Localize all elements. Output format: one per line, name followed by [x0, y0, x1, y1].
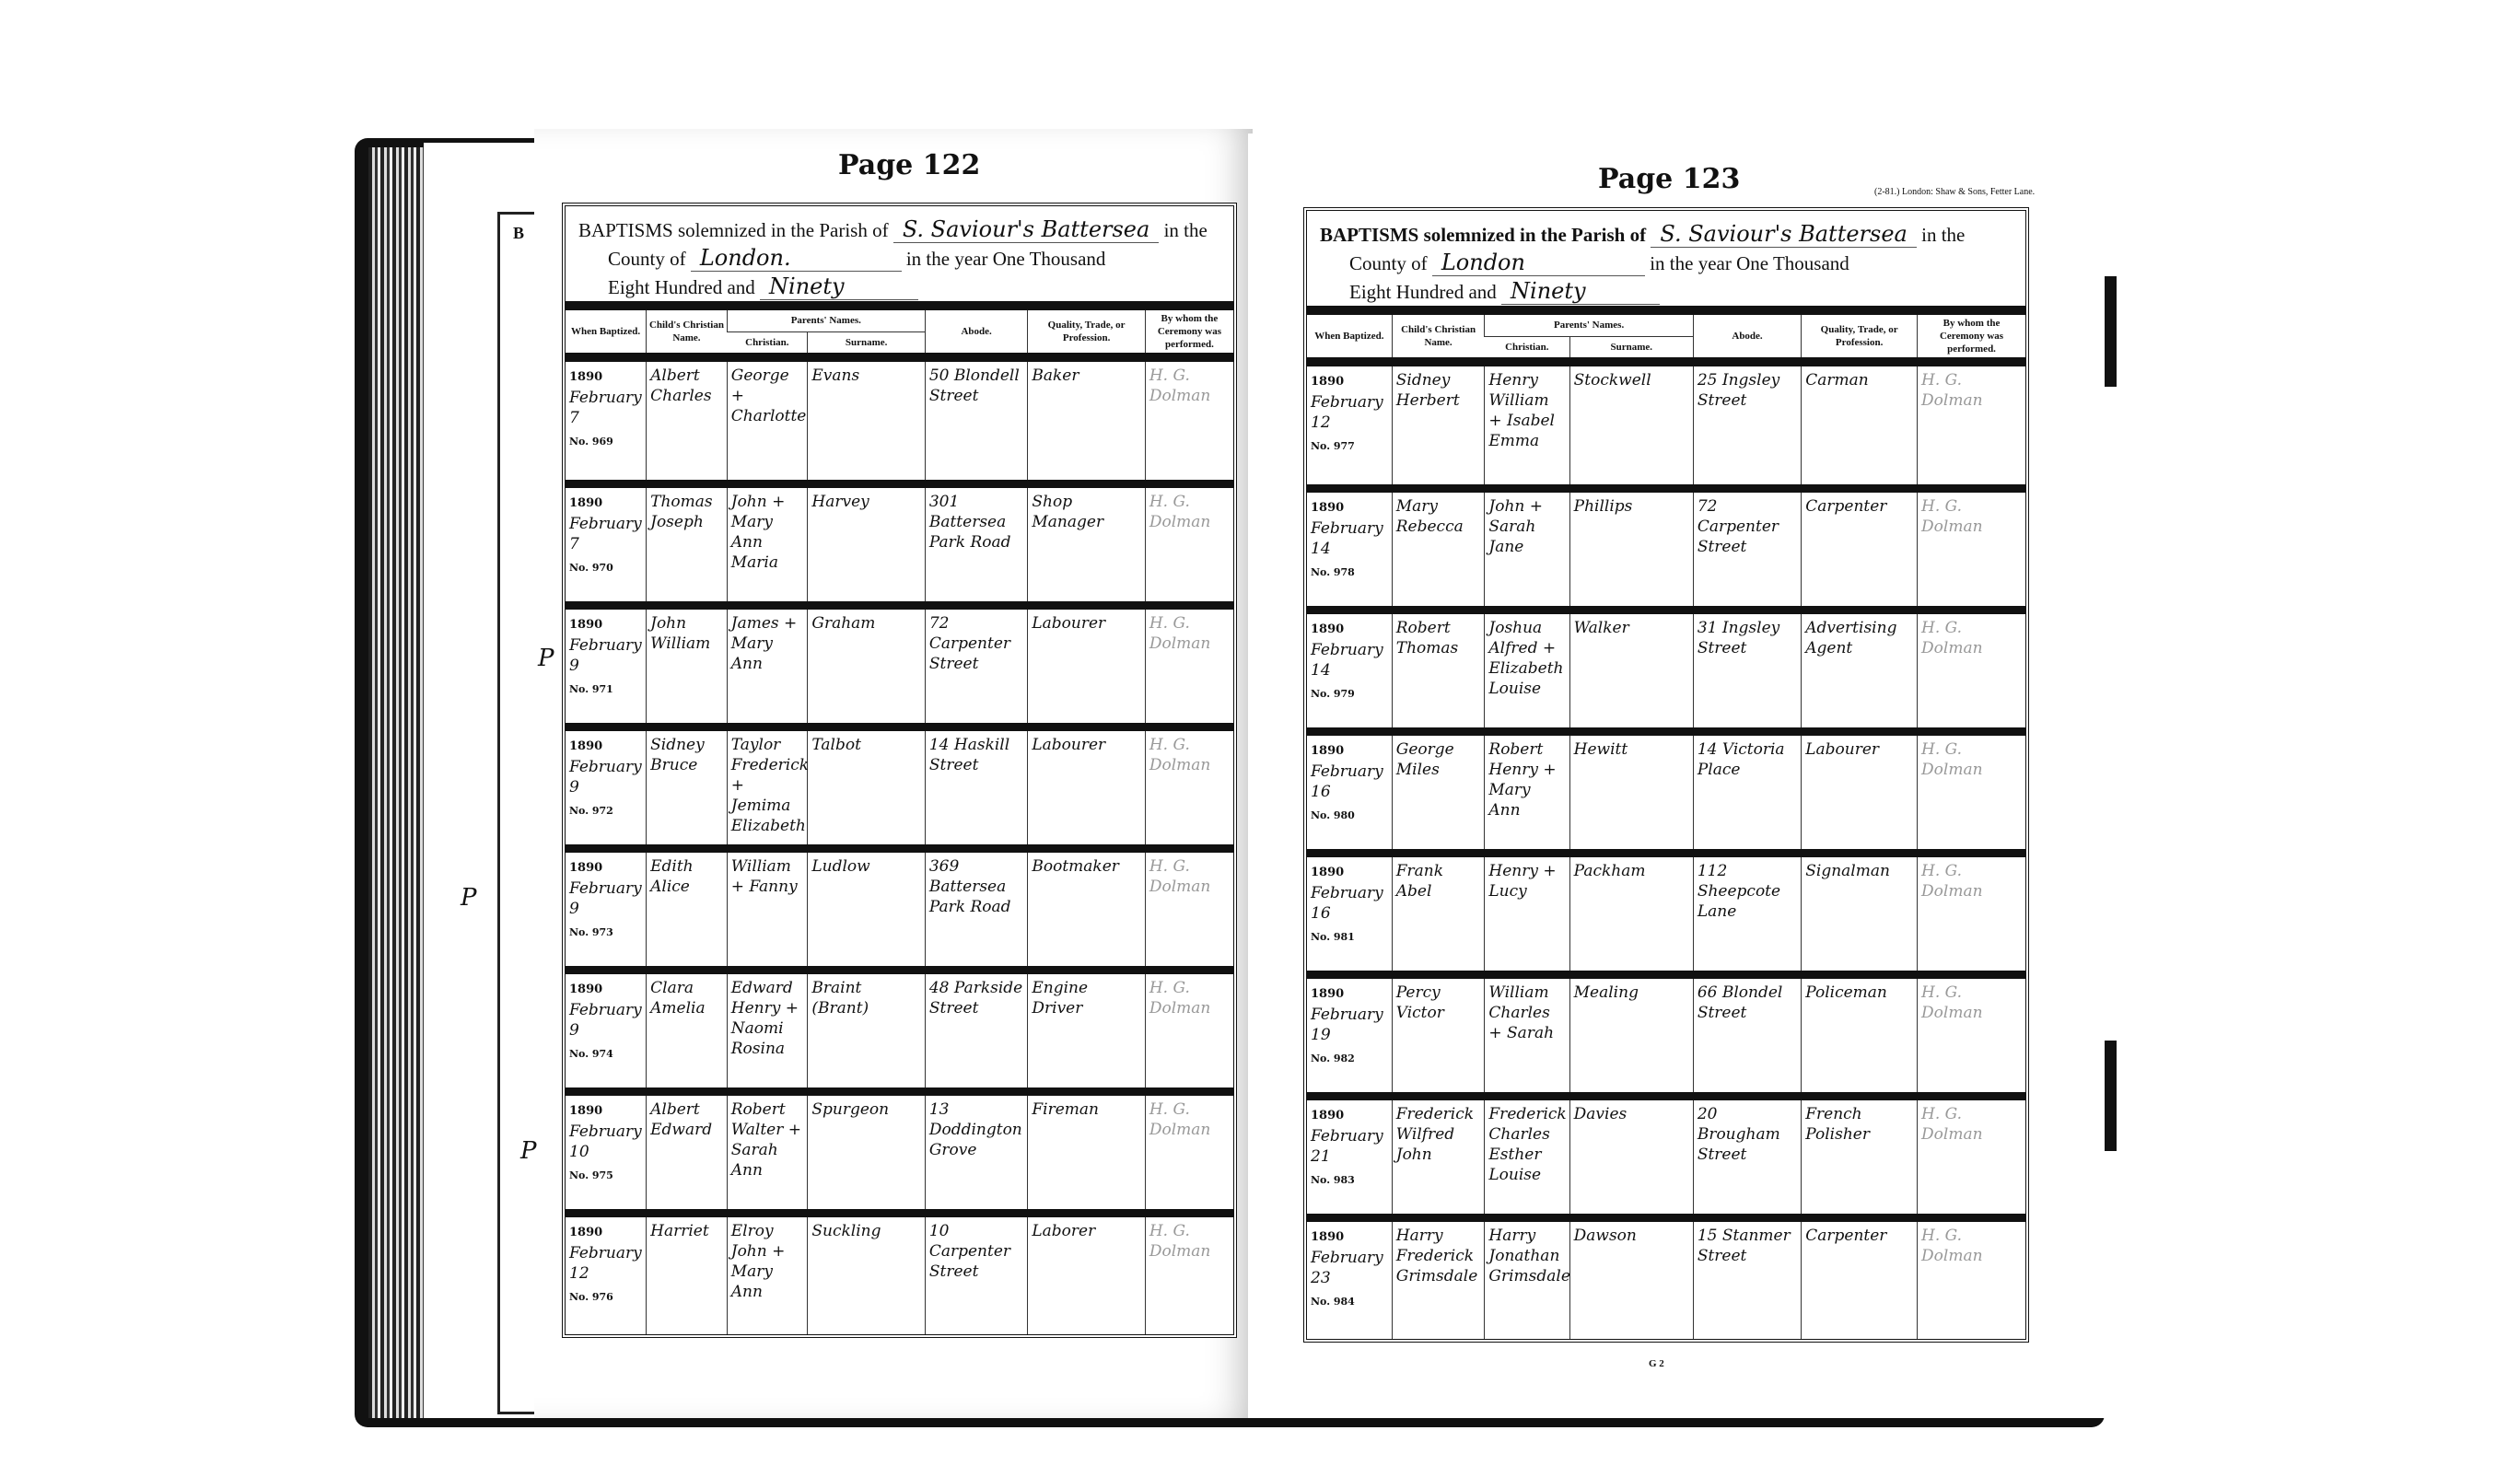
cell-profession: Carman [1802, 366, 1918, 488]
divider [1307, 306, 2025, 315]
cell-child: Robert Thomas [1392, 610, 1485, 731]
register-header: BAPTISMS solemnized in the Parish of S. … [1307, 211, 2025, 306]
table-row: 1890February 7No. 970Thomas JosephJohn +… [566, 483, 1233, 605]
register-table: BAPTISMS solemnized in the Parish of S. … [562, 203, 1237, 1338]
cell-profession: Bootmaker [1028, 848, 1145, 970]
baptism-date: February 12 [1311, 393, 1383, 432]
cell-profession: Signalman [1802, 853, 1918, 974]
entry-number: No. 972 [569, 801, 642, 821]
entry-number: No. 977 [1311, 436, 1388, 457]
page-title: Page 122 [838, 149, 980, 181]
cell-abode: 50 Blondell Street [925, 362, 1028, 483]
cell-surname: Dawson [1569, 1217, 1693, 1339]
cell-abode: 112 Sheepcote Lane [1693, 853, 1801, 974]
cell-profession: Labourer [1028, 605, 1145, 727]
cell-parents: Robert Walter + Sarah Ann [727, 1091, 808, 1213]
cell-profession: Engine Driver [1028, 970, 1145, 1091]
cell-by-whom: H. G. Dolman [1918, 610, 2025, 731]
baptism-date: February 23 [1311, 1249, 1383, 1287]
baptism-date: February 12 [569, 1244, 642, 1283]
cell-abode: 10 Carpenter Street [925, 1213, 1028, 1334]
col-abode: Abode. [1693, 315, 1801, 357]
cell-when: 1890February 9No. 973 [566, 848, 647, 970]
cell-surname: Evans [808, 362, 925, 483]
cell-parents: Henry + Lucy [1485, 853, 1569, 974]
entry-number: No. 978 [1311, 563, 1388, 583]
entry-number: No. 973 [569, 923, 642, 943]
cell-surname: Phillips [1569, 488, 1693, 610]
cell-by-whom: H. G. Dolman [1918, 488, 2025, 610]
cell-surname: Talbot [808, 727, 925, 848]
parish-name: S. Saviour's Battersea [893, 216, 1160, 243]
entry-number: No. 970 [569, 558, 642, 578]
cell-parents: Harry Jonathan Grimsdale [1485, 1217, 1569, 1339]
cell-surname: Davies [1569, 1096, 1693, 1217]
table-row: 1890February 21No. 983Frederick Wilfred … [1307, 1096, 2025, 1217]
entry-number: No. 983 [1311, 1170, 1388, 1191]
cell-profession: Carpenter [1802, 488, 1918, 610]
cell-by-whom: H. G. Dolman [1145, 848, 1233, 970]
cell-by-whom: H. G. Dolman [1145, 727, 1233, 848]
col-parents: Parents' Names. [727, 310, 925, 331]
cell-parents: George + Charlotte [727, 362, 808, 483]
cell-when: 1890February 12No. 976 [566, 1213, 647, 1334]
cell-child: Mary Rebecca [1392, 488, 1485, 610]
cell-parents: John + Mary Ann Maria [727, 483, 808, 605]
cell-profession: Labourer [1802, 731, 1918, 853]
cell-parents: James + Mary Ann [727, 605, 808, 727]
cell-by-whom: H. G. Dolman [1145, 1213, 1233, 1334]
cell-child: Sidney Bruce [647, 727, 728, 848]
cell-parents: John + Sarah Jane [1485, 488, 1569, 610]
cell-surname: Spurgeon [808, 1091, 925, 1213]
baptism-date: February 14 [1311, 519, 1383, 558]
entry-number: No. 975 [569, 1166, 642, 1186]
cell-by-whom: H. G. Dolman [1918, 853, 2025, 974]
cell-when: 1890February 7No. 969 [566, 362, 647, 483]
divider [566, 301, 1233, 310]
cell-when: 1890February 19No. 982 [1307, 974, 1392, 1096]
baptism-date: February 9 [569, 1001, 642, 1040]
cell-abode: 301 Battersea Park Road [925, 483, 1028, 605]
baptism-table-right: When Baptized. Child's Christian Name. P… [1307, 315, 2025, 1339]
baptism-date: February 14 [1311, 641, 1383, 680]
page-edges [368, 147, 424, 1418]
baptism-date: February 9 [569, 879, 642, 918]
cell-parents: Frederick Charles Esther Louise [1485, 1096, 1569, 1217]
table-row: 1890February 9No. 974Clara AmeliaEdward … [566, 970, 1233, 1091]
cell-by-whom: H. G. Dolman [1145, 605, 1233, 727]
table-row: 1890February 23No. 984Harry Frederick Gr… [1307, 1217, 2025, 1339]
col-quality: Quality, Trade, or Profession. [1802, 315, 1918, 357]
cell-abode: 25 Ingsley Street [1693, 366, 1801, 488]
table-row: 1890February 16No. 981Frank AbelHenry + … [1307, 853, 2025, 974]
cell-abode: 66 Blondel Street [1693, 974, 1801, 1096]
county-name: London [1432, 250, 1645, 276]
cell-parents: Joshua Alfred + Elizabeth Louise [1485, 610, 1569, 731]
cell-profession: Fireman [1028, 1091, 1145, 1213]
county-name: London. [691, 245, 902, 272]
cell-abode: 14 Victoria Place [1693, 731, 1801, 853]
entry-number: No. 981 [1311, 927, 1388, 948]
col-by-whom: By whom the Ceremony was performed. [1918, 315, 2025, 357]
col-when: When Baptized. [1307, 315, 1392, 357]
col-christian: Christian. [1485, 336, 1569, 357]
cell-abode: 14 Haskill Street [925, 727, 1028, 848]
cell-child: Percy Victor [1392, 974, 1485, 1096]
cell-by-whom: H. G. Dolman [1145, 1091, 1233, 1213]
cell-child: Frank Abel [1392, 853, 1485, 974]
cell-when: 1890February 14No. 978 [1307, 488, 1392, 610]
cell-when: 1890February 9No. 972 [566, 727, 647, 848]
baptism-date: February 16 [1311, 762, 1383, 801]
cell-surname: Walker [1569, 610, 1693, 731]
table-row: 1890February 7No. 969Albert CharlesGeorg… [566, 362, 1233, 483]
table-row: 1890February 10No. 975Albert EdwardRober… [566, 1091, 1233, 1213]
right-page: Page 123 (2-81.) London: Shaw & Sons, Fe… [1248, 134, 2105, 1418]
cell-child: Sidney Herbert [1392, 366, 1485, 488]
entry-number: No. 971 [569, 680, 642, 700]
cell-profession: Policeman [1802, 974, 1918, 1096]
col-abode: Abode. [925, 310, 1028, 353]
cell-profession: Shop Manager [1028, 483, 1145, 605]
baptism-date: February 7 [569, 389, 642, 427]
baptism-date: February 10 [569, 1122, 642, 1161]
cell-abode: 369 Battersea Park Road [925, 848, 1028, 970]
cell-profession: Laborer [1028, 1213, 1145, 1334]
baptism-date: February 21 [1311, 1127, 1383, 1166]
entry-number: No. 969 [569, 432, 642, 452]
baptism-date: February 19 [1311, 1006, 1383, 1044]
col-child: Child's Christian Name. [647, 310, 728, 353]
year-word: Ninety [1501, 278, 1660, 305]
col-child: Child's Christian Name. [1392, 315, 1485, 357]
year-word: Ninety [760, 273, 918, 300]
col-surname: Surname. [808, 331, 925, 353]
cell-abode: 20 Brougham Street [1693, 1096, 1801, 1217]
margin-p-mark: P [538, 645, 554, 672]
margin-p-mark: P [461, 884, 477, 912]
cell-child: George Miles [1392, 731, 1485, 853]
cell-abode: 13 Doddington Grove [925, 1091, 1028, 1213]
cell-surname: Harvey [808, 483, 925, 605]
cell-by-whom: H. G. Dolman [1145, 970, 1233, 1091]
table-row: 1890February 14No. 979Robert ThomasJoshu… [1307, 610, 2025, 731]
entry-number: No. 982 [1311, 1049, 1388, 1069]
left-page: Page 122 BAPTISMS solemnized in the Pari… [534, 129, 1253, 1418]
cell-when: 1890February 10No. 975 [566, 1091, 647, 1213]
entry-number: No. 974 [569, 1044, 642, 1064]
cell-surname: Packham [1569, 853, 1693, 974]
cell-by-whom: H. G. Dolman [1918, 1096, 2025, 1217]
cell-parents: Robert Henry + Mary Ann [1485, 731, 1569, 853]
cell-surname: Stockwell [1569, 366, 1693, 488]
table-row: 1890February 16No. 980George MilesRobert… [1307, 731, 2025, 853]
printer-imprint: (2-81.) London: Shaw & Sons, Fetter Lane… [1874, 187, 2035, 197]
table-row: 1890February 9No. 971John WilliamJames +… [566, 605, 1233, 727]
cell-profession: Carpenter [1802, 1217, 1918, 1339]
cell-when: 1890February 9No. 974 [566, 970, 647, 1091]
cell-child: Albert Charles [647, 362, 728, 483]
cell-when: 1890February 21No. 983 [1307, 1096, 1392, 1217]
cell-profession: Advertising Agent [1802, 610, 1918, 731]
entry-number: No. 976 [569, 1287, 642, 1308]
cell-child: John William [647, 605, 728, 727]
cell-when: 1890February 16No. 981 [1307, 853, 1392, 974]
cell-child: Frederick Wilfred John [1392, 1096, 1485, 1217]
cell-abode: 72 Carpenter Street [925, 605, 1028, 727]
cell-when: 1890February 16No. 980 [1307, 731, 1392, 853]
cell-surname: Graham [808, 605, 925, 727]
cell-by-whom: H. G. Dolman [1918, 1217, 2025, 1339]
col-parents: Parents' Names. [1485, 315, 1693, 336]
cell-surname: Hewitt [1569, 731, 1693, 853]
cell-by-whom: H. G. Dolman [1145, 362, 1233, 483]
cell-child: Edith Alice [647, 848, 728, 970]
cell-abode: 72 Carpenter Street [1693, 488, 1801, 610]
signature-mark: G 2 [1649, 1358, 1664, 1369]
underlying-page: B [497, 212, 537, 1414]
baptism-date: February 7 [569, 515, 642, 553]
cell-child: Clara Amelia [647, 970, 728, 1091]
cell-by-whom: H. G. Dolman [1145, 483, 1233, 605]
margin-p-mark: P [520, 1137, 537, 1165]
cell-when: 1890February 23No. 984 [1307, 1217, 1392, 1339]
register-header: BAPTISMS solemnized in the Parish of S. … [566, 206, 1233, 301]
cell-child: Thomas Joseph [647, 483, 728, 605]
entry-number: No. 984 [1311, 1292, 1388, 1312]
table-row: 1890February 19No. 982Percy VictorWillia… [1307, 974, 2025, 1096]
cell-abode: 15 Stanmer Street [1693, 1217, 1801, 1339]
table-row: 1890February 12No. 976HarrietElroy John … [566, 1213, 1233, 1334]
table-row: 1890February 9No. 972Sidney BruceTaylor … [566, 727, 1233, 848]
cell-surname: Suckling [808, 1213, 925, 1334]
table-row: 1890February 12No. 977Sidney HerbertHenr… [1307, 366, 2025, 488]
table-row: 1890February 14No. 978Mary RebeccaJohn +… [1307, 488, 2025, 610]
cell-when: 1890February 9No. 971 [566, 605, 647, 727]
register-table: BAPTISMS solemnized in the Parish of S. … [1303, 207, 2029, 1343]
cell-surname: Mealing [1569, 974, 1693, 1096]
cell-surname: Ludlow [808, 848, 925, 970]
entry-number: No. 979 [1311, 684, 1388, 704]
cell-parents: Edward Henry + Naomi Rosina [727, 970, 808, 1091]
baptism-date: February 16 [1311, 884, 1383, 923]
col-when: When Baptized. [566, 310, 647, 353]
cell-child: Harry Frederick Grimsdale [1392, 1217, 1485, 1339]
table-row: 1890February 9No. 973Edith AliceWilliam … [566, 848, 1233, 970]
cell-surname: Braint (Brant) [808, 970, 925, 1091]
cell-abode: 48 Parkside Street [925, 970, 1028, 1091]
cell-child: Harriet [647, 1213, 728, 1334]
cell-abode: 31 Ingsley Street [1693, 610, 1801, 731]
page-title: Page 123 [1598, 163, 1740, 195]
cell-parents: William Charles + Sarah [1485, 974, 1569, 1096]
parish-name: S. Saviour's Battersea [1651, 221, 1917, 248]
cell-when: 1890February 14No. 979 [1307, 610, 1392, 731]
col-christian: Christian. [727, 331, 808, 353]
cell-by-whom: H. G. Dolman [1918, 366, 2025, 488]
baptism-date: February 9 [569, 758, 642, 797]
baptism-date: February 9 [569, 636, 642, 675]
cell-parents: Taylor Frederick + Jemima Elizabeth [727, 727, 808, 848]
cell-parents: Henry William + Isabel Emma [1485, 366, 1569, 488]
col-by-whom: By whom the Ceremony was performed. [1145, 310, 1233, 353]
cell-profession: Baker [1028, 362, 1145, 483]
cell-when: 1890February 7No. 970 [566, 483, 647, 605]
cell-profession: Labourer [1028, 727, 1145, 848]
entry-number: No. 980 [1311, 806, 1388, 826]
cell-when: 1890February 12No. 977 [1307, 366, 1392, 488]
cell-child: Albert Edward [647, 1091, 728, 1213]
cell-parents: William + Fanny [727, 848, 808, 970]
cell-profession: French Polisher [1802, 1096, 1918, 1217]
col-surname: Surname. [1569, 336, 1693, 357]
baptism-table-left: When Baptized. Child's Christian Name. P… [566, 310, 1233, 1334]
cell-parents: Elroy John + Mary Ann [727, 1213, 808, 1334]
col-quality: Quality, Trade, or Profession. [1028, 310, 1145, 353]
cell-by-whom: H. G. Dolman [1918, 974, 2025, 1096]
cell-by-whom: H. G. Dolman [1918, 731, 2025, 853]
